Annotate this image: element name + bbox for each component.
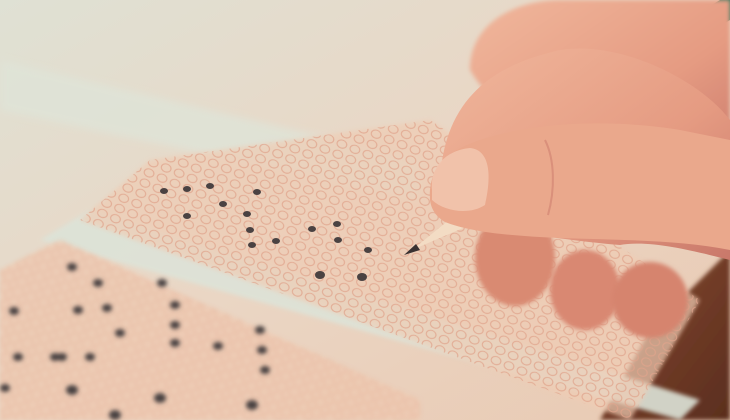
photo-scene: Hand holding a green pencil filling in b…	[0, 0, 730, 420]
photo-illustration	[0, 0, 730, 420]
